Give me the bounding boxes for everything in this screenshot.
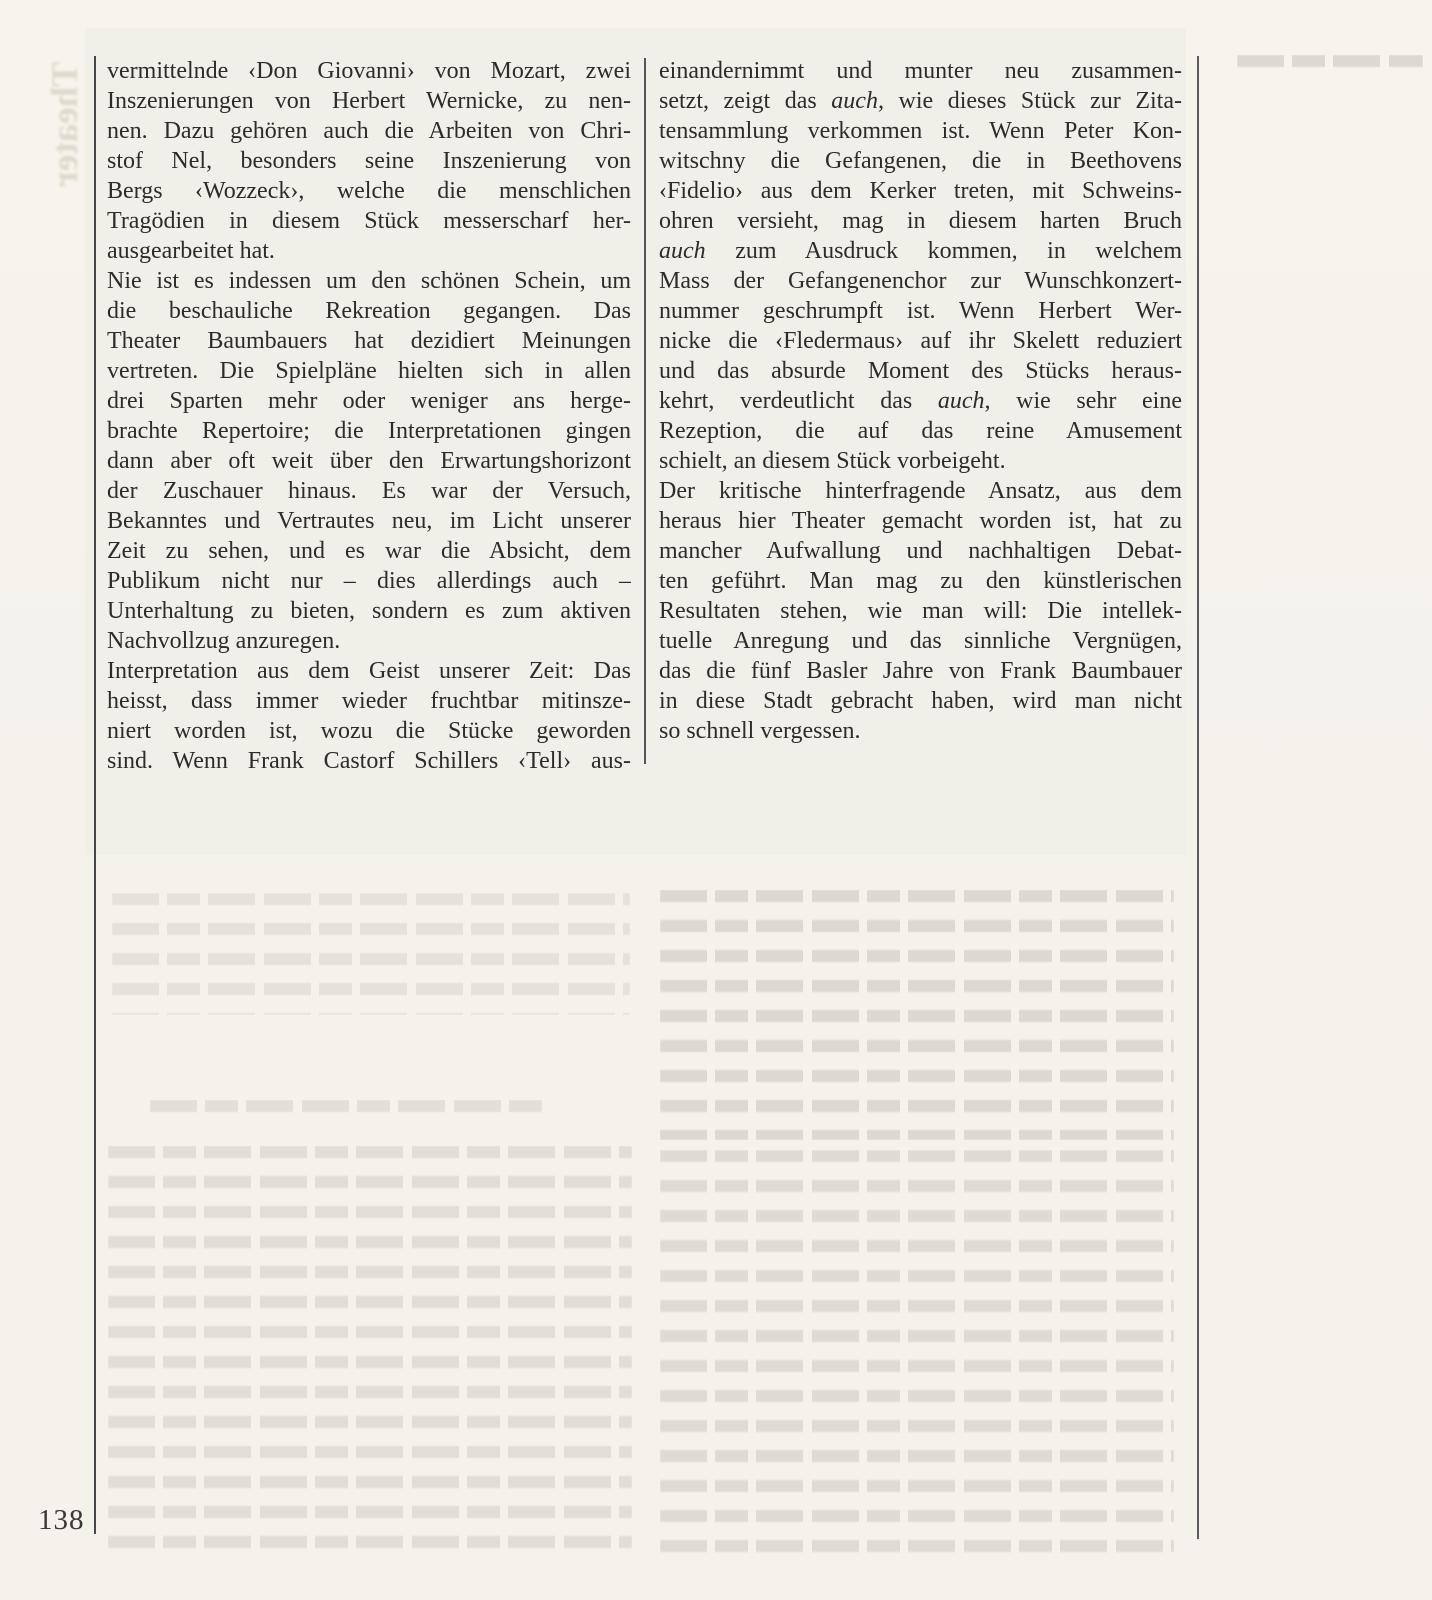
text-line: tensammlung verkommen ist. Wenn Peter Ko… (659, 116, 1182, 146)
text-line: Interpretation aus dem Geist unserer Zei… (107, 656, 631, 686)
text-line: Tragödien in diesem Stück messerscharf h… (107, 206, 631, 236)
text-line: Mass der Gefangenenchor zur Wunschkonzer… (659, 266, 1182, 296)
page-number: 138 (38, 1504, 85, 1537)
showthrough-heading-left (150, 1100, 542, 1116)
text-line: setzt, zeigt das auch, wie dieses Stück … (659, 86, 1182, 116)
center-column-rule (644, 58, 646, 764)
text-line: der Zuschauer hinaus. Es war der Versuch… (107, 476, 631, 506)
text-line: drei Sparten mehr oder weniger ans herge… (107, 386, 631, 416)
article-left-column: vermittelnde ‹Don Giovanni› von Mozart, … (107, 56, 631, 776)
text-line: Rezeption, die auf das reine Amusement (659, 416, 1182, 446)
text-line: Unterhaltung zu bieten, sondern es zum a… (107, 596, 631, 626)
text-line: niert worden ist, wozu die Stücke geword… (107, 716, 631, 746)
text-line: Bergs ‹Wozzeck›, welche die menschlichen (107, 176, 631, 206)
text-line: vermittelnde ‹Don Giovanni› von Mozart, … (107, 56, 631, 86)
text-line: ‹Fidelio› aus dem Kerker treten, mit Sch… (659, 176, 1182, 206)
text-line: Inszenierungen von Herbert Wernicke, zu … (107, 86, 631, 116)
text-line: Nachvollzug anzuregen. (107, 626, 631, 656)
text-line: brachte Repertoire; die Interpretationen… (107, 416, 631, 446)
text-line: witschny die Gefangenen, die in Beethove… (659, 146, 1182, 176)
text-line: Theater Baumbauers hat dezidiert Meinung… (107, 326, 631, 356)
left-column-rule (94, 56, 96, 1534)
text-line: heraus hier Theater gemacht worden ist, … (659, 506, 1182, 536)
text-line: Der kritische hinterfragende Ansatz, aus… (659, 476, 1182, 506)
text-line: einandernimmt und munter neu zusammen- (659, 56, 1182, 86)
text-line: sind. Wenn Frank Castorf Schillers ‹Tell… (107, 746, 631, 776)
text-line: Nie ist es indessen um den schönen Schei… (107, 266, 631, 296)
right-column-rule (1197, 56, 1199, 1539)
text-line: stof Nel, besonders seine Inszenierung v… (107, 146, 631, 176)
article-right-column: einandernimmt und munter neu zusammen-se… (659, 56, 1182, 746)
text-line: kehrt, verdeutlicht das auch, wie sehr e… (659, 386, 1182, 416)
text-line: ohren versieht, mag in diesem harten Bru… (659, 206, 1182, 236)
text-line: vertreten. Die Spielpläne hielten sich i… (107, 356, 631, 386)
margin-label-showthrough: Theater (44, 62, 87, 252)
text-line: Zeit zu sehen, und es war die Absicht, d… (107, 536, 631, 566)
text-line: nummer geschrumpft ist. Wenn Herbert Wer… (659, 296, 1182, 326)
text-line: und das absurde Moment des Stücks heraus… (659, 356, 1182, 386)
text-line: in diese Stadt gebracht haben, wird man … (659, 686, 1182, 716)
text-line: dann aber oft weit über den Erwartungsho… (107, 446, 631, 476)
text-line: so schnell vergessen. (659, 716, 1182, 746)
text-line: nen. Dazu gehören auch die Arbeiten von … (107, 116, 631, 146)
showthrough-header-right (1237, 55, 1423, 71)
showthrough-text-block-right-lower (660, 1150, 1174, 1558)
text-line: die beschauliche Rekreation gegangen. Da… (107, 296, 631, 326)
text-line: heisst, dass immer wieder fruchtbar miti… (107, 686, 631, 716)
text-line: Bekanntes und Vertrautes neu, im Licht u… (107, 506, 631, 536)
text-line: ten geführt. Man mag zu den künstlerisch… (659, 566, 1182, 596)
text-line: mancher Aufwallung und nachhaltigen Deba… (659, 536, 1182, 566)
text-line: auch zum Ausdruck kommen, in welchem (659, 236, 1182, 266)
text-line: ausgearbeitet hat. (107, 236, 631, 266)
text-line: schielt, an diesem Stück vorbeigeht. (659, 446, 1182, 476)
text-line: das die fünf Basler Jahre von Frank Baum… (659, 656, 1182, 686)
text-line: nicke die ‹Fledermaus› auf ihr Skelett r… (659, 326, 1182, 356)
scanned-page: Theater vermittelnde ‹Don Giovanni› von … (0, 0, 1432, 1600)
text-line: Publikum nicht nur – dies allerdings auc… (107, 566, 631, 596)
showthrough-text-block-left-lower (108, 1146, 632, 1558)
showthrough-text-block-right-upper (660, 890, 1174, 1140)
showthrough-text-block-left-upper (112, 893, 630, 1015)
text-line: Resultaten stehen, wie man will: Die int… (659, 596, 1182, 626)
text-line: tuelle Anregung und das sinnliche Vergnü… (659, 626, 1182, 656)
